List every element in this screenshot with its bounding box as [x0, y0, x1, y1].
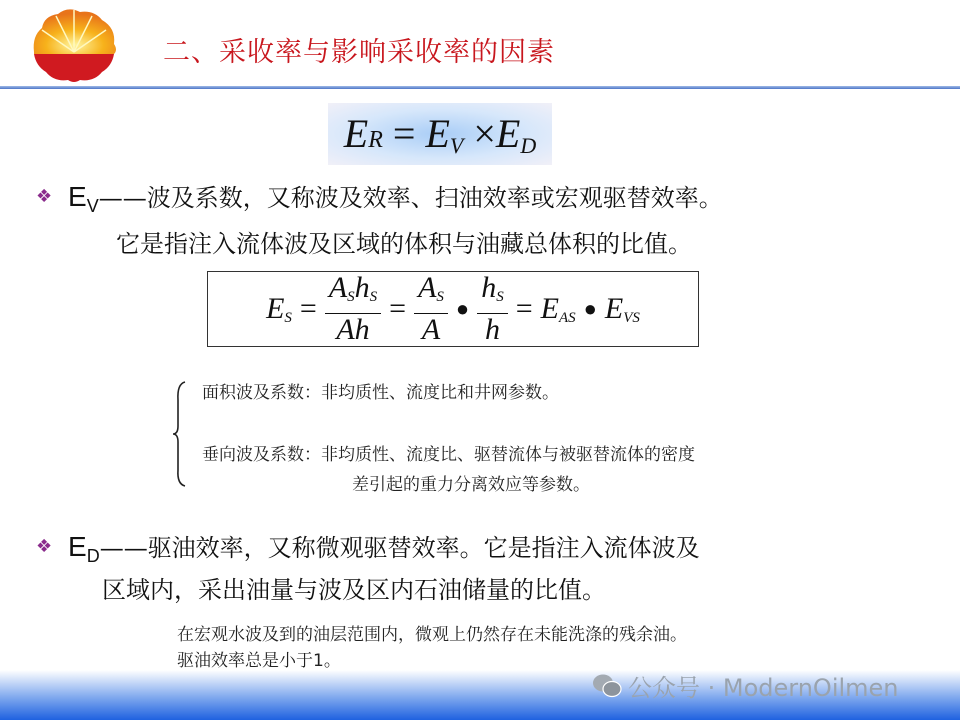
- header-divider: [0, 86, 960, 89]
- bullet-icon: ❖: [36, 186, 52, 207]
- areal-sweep-factors: 面积波及系数：非均质性、流度比和井网参数。: [202, 378, 559, 403]
- ev-description: 它是指注入流体波及区域的体积与油藏总体积的比值。: [116, 224, 692, 259]
- bullet-icon: ❖: [36, 536, 52, 557]
- brace-icon: [172, 380, 186, 488]
- ed-description: 区域内，采出油量与波及区内石油储量的比值。: [102, 570, 606, 605]
- wechat-icon: [592, 673, 622, 699]
- note-line-2: 驱油效率总是小于1。: [177, 646, 341, 671]
- petrochina-logo-icon: [28, 6, 120, 84]
- sweep-efficiency-formula: ES = AShSAh = ASA ● hSh = EAS ● EVS: [207, 271, 699, 347]
- vertical-sweep-factors: 垂向波及系数：非均质性、流度比、驱替流体与被驱替流体的密度: [202, 440, 695, 465]
- page-title: 二、采收率与影响采收率的因素: [163, 30, 555, 69]
- note-line-1: 在宏观水波及到的油层范围内，微观上仍然存在未能洗涤的残余油。: [177, 620, 687, 645]
- ev-definition: EV——波及系数，又称波及效率、扫油效率或宏观驱替效率。: [68, 178, 723, 217]
- watermark: 公众号 · ModernOilmen: [592, 668, 899, 703]
- vertical-sweep-factors-cont: 差引起的重力分离效应等参数。: [352, 470, 590, 495]
- recovery-formula: ER = EV ×ED: [328, 103, 552, 165]
- ed-definition: ED——驱油效率，又称微观驱替效率。它是指注入流体波及: [68, 528, 700, 567]
